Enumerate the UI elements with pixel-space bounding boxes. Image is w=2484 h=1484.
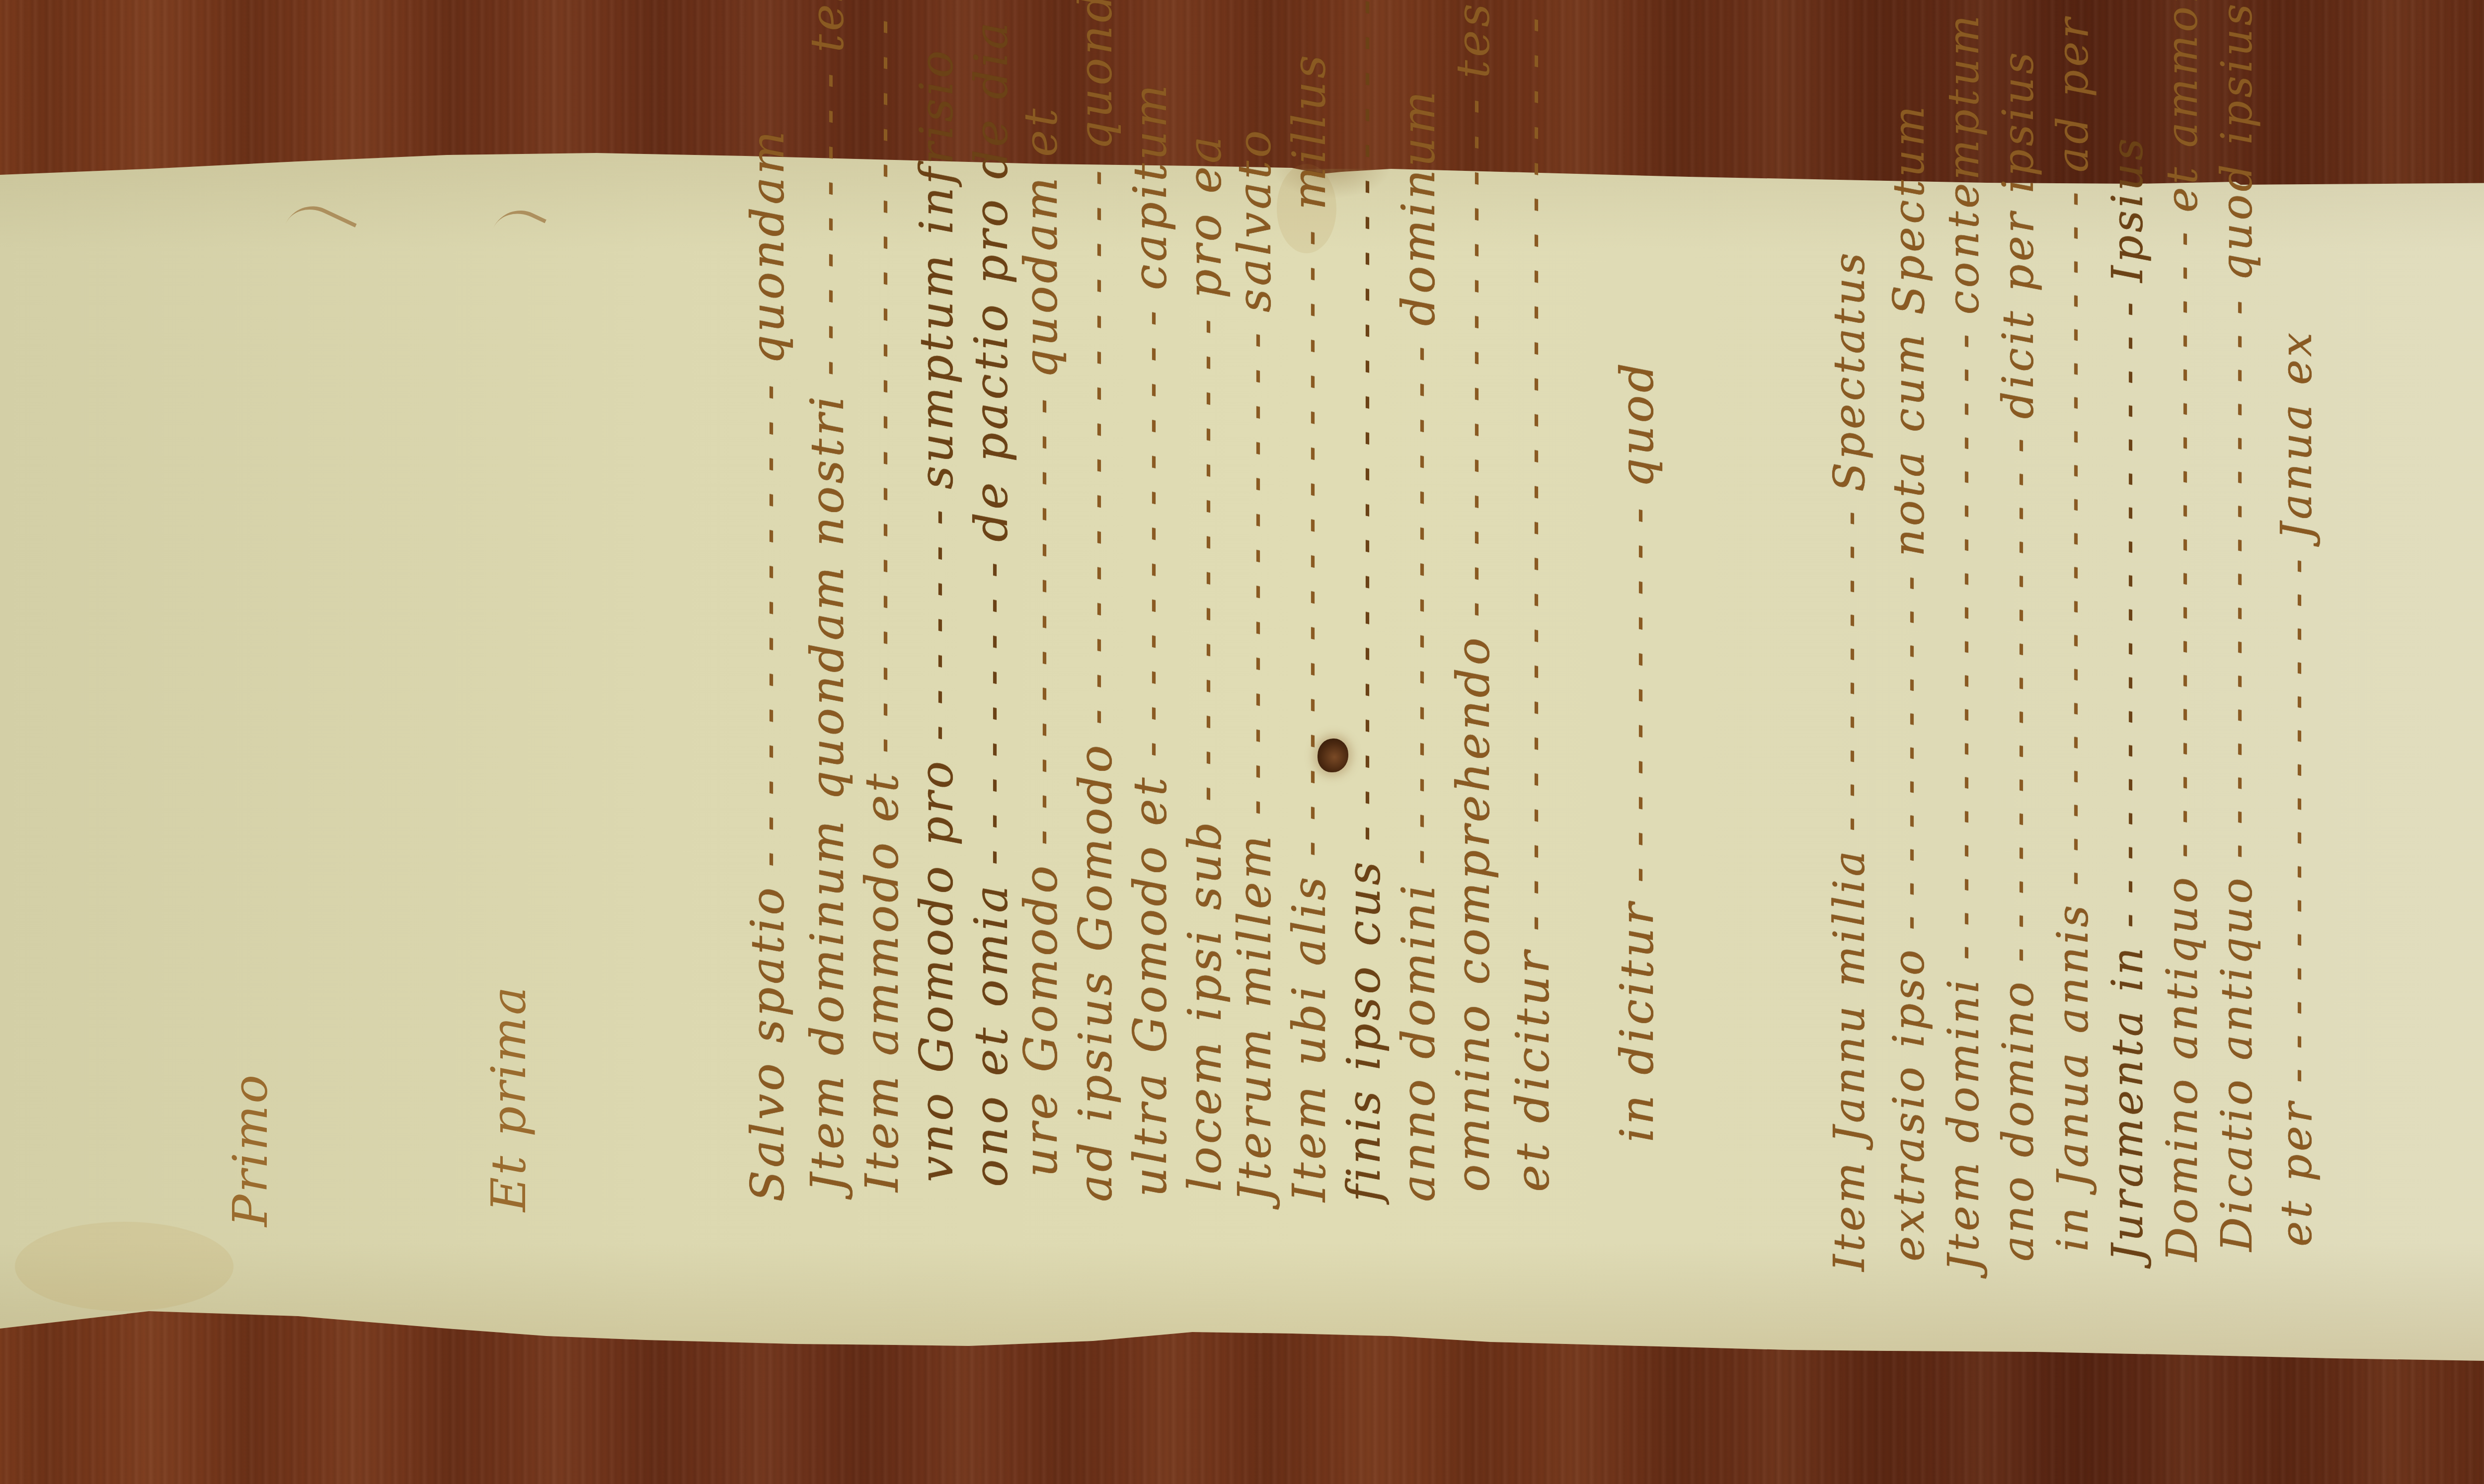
manuscript-line: Dicatio antiquo - - - - - - - - - - - - … — [2216, 1, 2258, 1252]
manuscript-line: in dicitur - - - - - - - - - - - quod — [1615, 360, 1660, 1142]
margin-note-primo: Primo — [223, 1073, 278, 1227]
margin-note-et-prima: Et prima — [481, 985, 537, 1212]
manuscript-line: Jtem dominum quondam nostri - - - - - - … — [805, 0, 851, 1192]
manuscript-line: et per - - - - - - - - - - - - - - - - J… — [2275, 330, 2318, 1247]
manuscript-line: finis ipso cus - - - - - - - - - - - - -… — [1341, 0, 1387, 1202]
manuscript-line: ano domino - - - - - - - - - - - - - - -… — [1997, 49, 2040, 1261]
manuscript-line: Juramenta in - - - - - - - - - - - - - -… — [2106, 136, 2149, 1261]
manuscript-line: Jterum millem - - - - - - - - - - - - - … — [1232, 127, 1278, 1202]
manuscript-line: omnino comprehendo - - - - - - - - - - -… — [1451, 0, 1496, 1192]
photo-scene: Primo Et prima Salvo spatio - - - - - - … — [0, 0, 2484, 1484]
manuscript-line: ono et omia - - - - - - - - - de pactio … — [969, 19, 1014, 1187]
manuscript-line: Domino antiquo - - - - - - - - - - - - -… — [2161, 0, 2204, 1261]
manuscript-text: Primo Et prima Salvo spatio - - - - - - … — [0, 0, 2484, 1484]
ink-stroke-mark — [284, 197, 357, 255]
manuscript-line: locem ipsi sub - - - - - - - - - - - - -… — [1182, 134, 1228, 1192]
manuscript-line: extrasio ipso - - - - - - - - - - - nota… — [1888, 103, 1931, 1261]
manuscript-line: Item ammodo et - - - - - - - - - - - - -… — [859, 0, 905, 1192]
ink-stroke-mark — [492, 201, 546, 250]
manuscript-line: ure Gomodo - - - - - - - - - - - - - quo… — [1018, 106, 1064, 1177]
manuscript-line: Item ubi alis - - - - - - - - - - - - - … — [1287, 52, 1332, 1202]
paper-hole — [1318, 739, 1348, 772]
manuscript-line: et dicitur - - - - - - - - - - - - - - -… — [1510, 0, 1556, 1192]
manuscript-line: ad ipsius Gomodo - - - - - - - - - - - -… — [1073, 0, 1119, 1202]
manuscript-line: Salvo spatio - - - - - - - - - - - - - -… — [745, 128, 791, 1202]
manuscript-line: anno domini - - - - - - - - - - - - - - … — [1396, 88, 1442, 1202]
manuscript-line: Jtem domini - - - - - - - - - - - - - - … — [1942, 12, 1985, 1271]
manuscript-line: ultra Gomodo et - - - - - - - - - - - - … — [1128, 81, 1173, 1197]
manuscript-line: Item Jannu millia - - - - - - - - - - Sp… — [1828, 250, 1871, 1271]
manuscript-line: in Janua annis - - - - - - - - - - - - -… — [2052, 15, 2095, 1252]
manuscript-line: vno Gomodo pro - - - - - - - sumptum inf… — [914, 48, 960, 1182]
